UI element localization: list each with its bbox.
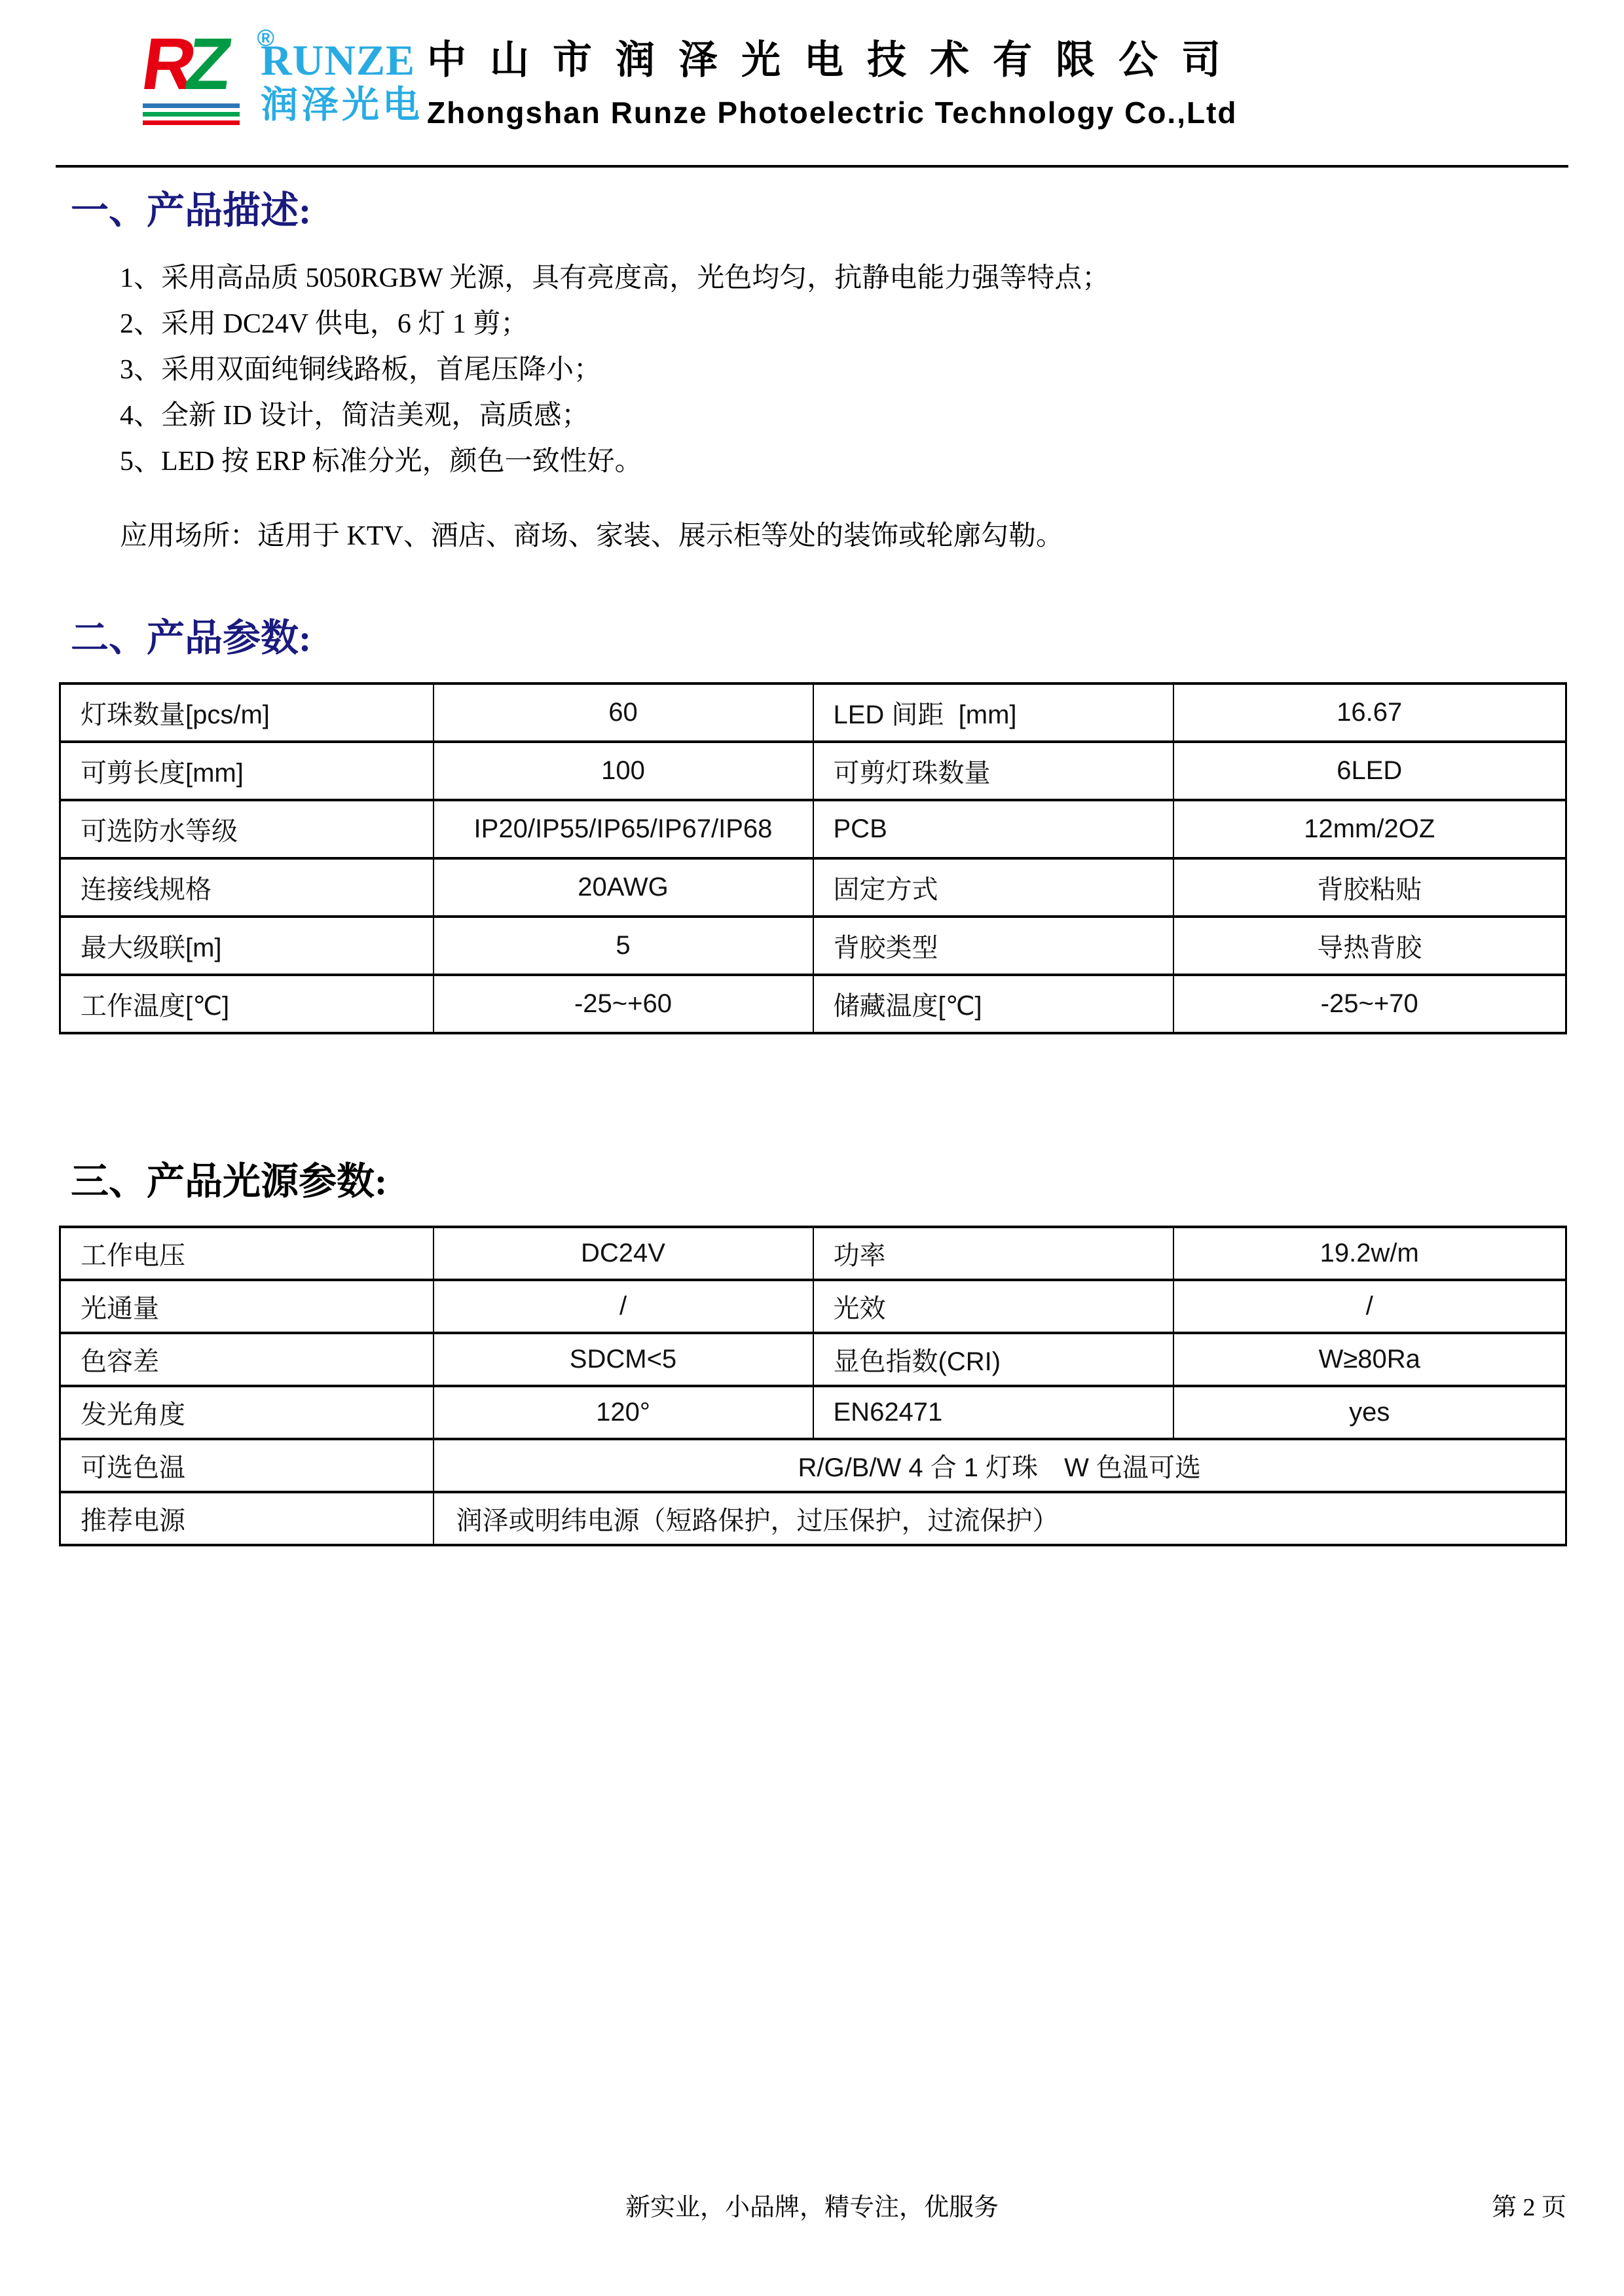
table-row: 连接线规格 20AWG 固定方式 背胶粘贴 (60, 858, 1566, 917)
param-label-cell: 可选色温 (60, 1439, 434, 1492)
param-value-cell: -25~+60 (434, 975, 813, 1033)
param-label-cell: 可剪长度[mm] (60, 742, 434, 800)
page: RZ ® RUNZE 润泽光电 中山市润泽光电技术有限公司 Zhongshan … (0, 0, 1624, 2296)
param-value-cell: / (434, 1280, 813, 1333)
param-label-cell: 背胶类型 (813, 917, 1173, 975)
param-label-cell: 灯珠数量[pcs/m] (60, 683, 434, 742)
param-label-cell: 连接线规格 (60, 858, 434, 917)
param-label-cell: 最大级联[m] (60, 917, 434, 975)
product-description-list: 1、采用高品质 5050RGBW 光源，具有亮度高，光色均匀，抗静电能力强等特点… (120, 255, 1109, 484)
param-value-cell: 6LED (1173, 742, 1566, 800)
param-label-cell: 发光角度 (60, 1386, 434, 1439)
table-row: 光通量 / 光效 / (60, 1280, 1566, 1333)
logo-letters: RZ ® (143, 34, 257, 94)
param-value-cell: 背胶粘贴 (1173, 858, 1566, 917)
param-label-cell: LED 间距 [mm] (813, 683, 1173, 742)
param-label-cell: 推荐电源 (60, 1492, 434, 1545)
param-value-cell: 5 (434, 917, 813, 975)
product-params-table: 灯珠数量[pcs/m] 60 LED 间距 [mm] 16.67 可剪长度[mm… (59, 682, 1567, 1034)
company-names: 中山市润泽光电技术有限公司 Zhongshan Runze Photoelect… (427, 37, 1244, 131)
param-value-cell: DC24V (434, 1227, 813, 1280)
list-item: 1、采用高品质 5050RGBW 光源，具有亮度高，光色均匀，抗静电能力强等特点… (120, 255, 1109, 301)
param-label-cell: 功率 (813, 1227, 1173, 1280)
param-value-cell: 20AWG (434, 858, 813, 917)
table-row: 工作电压 DC24V 功率 19.2w/m (60, 1227, 1566, 1280)
param-label-cell: 储藏温度[℃] (813, 975, 1173, 1033)
brand-name-cn: 润泽光电 (261, 85, 423, 124)
param-value-cell: 导热背胶 (1173, 917, 1566, 975)
logo-stripes (143, 103, 240, 125)
param-value-cell: / (1173, 1280, 1566, 1333)
param-value-cell: 12mm/2OZ (1173, 800, 1566, 858)
param-label-cell: 显色指数(CRI) (813, 1333, 1173, 1386)
param-label-cell: 可剪灯珠数量 (813, 742, 1173, 800)
param-value-cell: 120° (434, 1386, 813, 1439)
param-label-cell: 光通量 (60, 1280, 434, 1333)
param-label-cell: 固定方式 (813, 858, 1173, 917)
param-value-cell: 19.2w/m (1173, 1227, 1566, 1280)
param-label-cell: 光效 (813, 1280, 1173, 1333)
section-3-title: 三、产品光源参数: (71, 1161, 387, 1203)
param-label-cell: 色容差 (60, 1333, 434, 1386)
table-row: 工作温度[℃] -25~+60 储藏温度[℃] -25~+70 (60, 975, 1566, 1033)
param-label-cell: EN62471 (813, 1386, 1173, 1439)
param-value-cell: 16.67 (1173, 683, 1566, 742)
list-item: 5、LED 按 ERP 标准分光，颜色一致性好。 (120, 439, 1109, 484)
table-row: 推荐电源 润泽或明纬电源（短路保护，过压保护，过流保护） (60, 1492, 1566, 1545)
logo-z-letter: Z (182, 34, 235, 94)
list-item: 3、采用双面纯铜线路板，首尾压降小； (120, 347, 1109, 393)
table-row: 可选色温 R/G/B/W 4 合 1 灯珠 W 色温可选 (60, 1439, 1566, 1492)
param-value-cell: 60 (434, 683, 813, 742)
list-item: 4、全新 ID 设计，简洁美观，高质感； (120, 393, 1109, 439)
stripe-red (143, 120, 240, 125)
table-row: 灯珠数量[pcs/m] 60 LED 间距 [mm] 16.67 (60, 683, 1566, 742)
param-value-cell: 润泽或明纬电源（短路保护，过压保护，过流保护） (434, 1492, 1566, 1545)
stripe-green (143, 112, 240, 117)
table-row: 可选防水等级 IP20/IP55/IP65/IP67/IP68 PCB 12mm… (60, 800, 1566, 858)
param-value-cell: SDCM<5 (434, 1333, 813, 1386)
application-note: 应用场所：适用于 KTV、酒店、商场、家装、展示柜等处的装饰或轮廓勾勒。 (120, 513, 1063, 559)
logo-wordmark: RUNZE 润泽光电 (261, 41, 423, 124)
page-number: 第 2 页 (1492, 2192, 1566, 2223)
param-value-cell: -25~+70 (1173, 975, 1566, 1033)
list-item: 2、采用 DC24V 供电，6 灯 1 剪； (120, 301, 1109, 347)
section-1-title: 一、产品描述: (71, 190, 311, 232)
param-value-cell: 100 (434, 742, 813, 800)
param-value-cell: IP20/IP55/IP65/IP67/IP68 (434, 800, 813, 858)
company-name-cn: 中山市润泽光电技术有限公司 (427, 37, 1244, 84)
table-row: 最大级联[m] 5 背胶类型 导热背胶 (60, 917, 1566, 975)
param-value-cell: yes (1173, 1386, 1566, 1439)
param-value-cell: R/G/B/W 4 合 1 灯珠 W 色温可选 (434, 1439, 1566, 1492)
brand-name-en: RUNZE (261, 41, 423, 81)
param-value-cell: W≥80Ra (1173, 1333, 1566, 1386)
company-name-en: Zhongshan Runze Photoelectric Technology… (427, 94, 1244, 131)
header-divider (56, 165, 1568, 168)
section-2-title: 二、产品参数: (71, 617, 311, 659)
param-label-cell: 可选防水等级 (60, 800, 434, 858)
company-logo: RZ ® (143, 34, 257, 125)
table-row: 色容差 SDCM<5 显色指数(CRI) W≥80Ra (60, 1333, 1566, 1386)
table-row: 可剪长度[mm] 100 可剪灯珠数量 6LED (60, 742, 1566, 800)
footer-slogan: 新实业，小品牌，精专注，优服务 (0, 2192, 1624, 2223)
param-label-cell: 工作电压 (60, 1227, 434, 1280)
param-label-cell: PCB (813, 800, 1173, 858)
param-label-cell: 工作温度[℃] (60, 975, 434, 1033)
light-source-params-table: 工作电压 DC24V 功率 19.2w/m 光通量 / 光效 / 色容差 SDC… (59, 1226, 1567, 1546)
table-row: 发光角度 120° EN62471 yes (60, 1386, 1566, 1439)
